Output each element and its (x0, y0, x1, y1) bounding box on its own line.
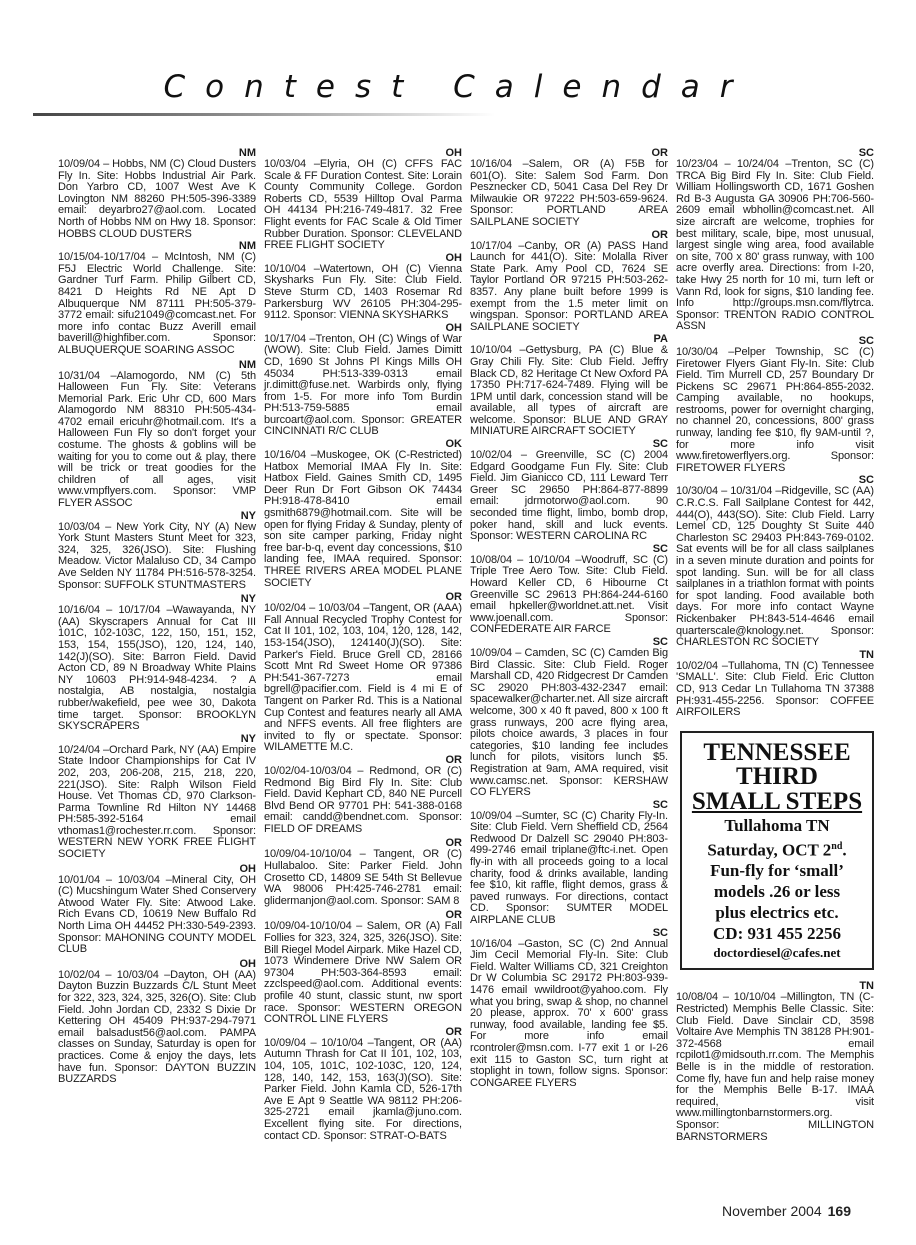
calendar-entry: OR10/02/04-10/03/04 – Redmond, OR (C) Re… (264, 754, 462, 836)
calendar-entry: OR10/09/04 – 10/10/04 –Tangent, OR (AA) … (264, 1026, 462, 1142)
entry-text: 10/08/04 – 10/10/04 –Millington, TN (C-R… (676, 992, 874, 1143)
entry-text: 10/16/04 –Salem, OR (A) F5B for 601(O). … (470, 159, 668, 229)
column-3: OR10/16/04 –Salem, OR (A) F5B for 601(O)… (470, 147, 668, 1089)
entry-text: 10/09/04 –Sumter, SC (C) Charity Fly-In.… (470, 811, 668, 927)
calendar-entry: OR10/17/04 –Canby, OR (A) PASS Hand Laun… (470, 229, 668, 334)
entry-text: 10/15/04-10/17/04 – McIntosh, NM (C) F5J… (58, 252, 256, 356)
calendar-entry: OR10/09/04-10/10/04 – Salem, OR (A) Fall… (264, 909, 462, 1025)
entry-text: 10/16/04 –Muskogee, OK (C-Restricted) Ha… (264, 450, 462, 589)
entry-text: 10/16/04 –Gaston, SC (C) 2nd Annual Jim … (470, 939, 668, 1090)
calendar-entry: SC10/09/04 – Camden, SC (C) Camden Big B… (470, 636, 668, 799)
entry-text: 10/09/04 – 10/10/04 –Tangent, OR (AA) Au… (264, 1038, 462, 1142)
state-label: OH (264, 252, 462, 264)
entry-text: 10/17/04 –Trenton, OH (C) Wings of War (… (264, 334, 462, 438)
state-label: NY (58, 733, 256, 745)
state-label: OH (264, 322, 462, 334)
calendar-entry: OR10/02/04 – 10/03/04 –Tangent, OR (AAA)… (264, 591, 462, 754)
entry-text: 10/02/04-10/03/04 – Redmond, OR (C) Redm… (264, 766, 462, 836)
entry-text: 10/09/04 – Hobbs, NM (C) Cloud Dusters F… (58, 159, 256, 240)
calendar-entry: OH10/01/04 – 10/03/04 –Mineral City, OH … (58, 863, 256, 956)
page-number: 169 (828, 1203, 851, 1219)
column-1: NM10/09/04 – Hobbs, NM (C) Cloud Dusters… (58, 147, 256, 1086)
calendar-entry: OR10/16/04 –Salem, OR (A) F5B for 601(O)… (470, 147, 668, 229)
entry-text: 10/10/04 –Gettysburg, PA (C) Blue & Gray… (470, 345, 668, 438)
entry-text: 10/09/04-10/10/04 – Tangent, OR (C) Hull… (264, 849, 462, 907)
issue-date: November 2004 (722, 1203, 822, 1219)
state-label: SC (470, 927, 668, 939)
state-label: NM (58, 359, 256, 371)
calendar-entry: SC10/09/04 –Sumter, SC (C) Charity Fly-I… (470, 799, 668, 927)
tennessee-small-steps-ad: TENNESSEE THIRD SMALL STEPS Tullahoma TN… (680, 731, 874, 971)
ad-headline: TENNESSEE (686, 741, 868, 765)
calendar-entry: NY10/03/04 – New York City, NY (A) New Y… (58, 510, 256, 592)
calendar-entry: NM10/09/04 – Hobbs, NM (C) Cloud Dusters… (58, 147, 256, 240)
entry-text: 10/01/04 – 10/03/04 –Mineral City, OH (C… (58, 875, 256, 956)
calendar-entry: OH10/03/04 –Elyria, OH (C) CFFS FAC Scal… (264, 147, 462, 252)
calendar-entry: SC10/02/04 – Greenville, SC (C) 2004 Edg… (470, 438, 668, 543)
column-4: SC10/23/04 – 10/24/04 –Trenton, SC (C) T… (676, 147, 874, 1143)
entry-text: 10/02/04 – 10/03/04 –Dayton, OH (AA) Day… (58, 970, 256, 1086)
page-title: Contest Calendar (0, 69, 916, 105)
ad-date: Saturday, OCT 2nd. (686, 836, 868, 861)
calendar-entry: OR10/09/04-10/10/04 – Tangent, OR (C) Hu… (264, 837, 462, 907)
calendar-entry: NM10/31/04 –Alamogordo, NM (C) 5th Hallo… (58, 359, 256, 510)
entry-text: 10/30/04 – 10/31/04 –Ridgeville, SC (AA)… (676, 486, 874, 648)
column-2: OH10/03/04 –Elyria, OH (C) CFFS FAC Scal… (264, 147, 462, 1142)
calendar-entry: SC10/23/04 – 10/24/04 –Trenton, SC (C) T… (676, 147, 874, 333)
entry-text: 10/31/04 –Alamogordo, NM (C) 5th Hallowe… (58, 371, 256, 510)
entry-text: 10/24/04 –Orchard Park, NY (AA) Empire S… (58, 745, 256, 861)
state-label: NY (58, 510, 256, 522)
entry-text: 10/02/04 –Tullahoma, TN (C) Tennessee 'S… (676, 661, 874, 719)
state-label: OH (58, 863, 256, 875)
calendar-entry: TN10/08/04 – 10/10/04 –Millington, TN (C… (676, 980, 874, 1143)
calendar-entry: TN10/02/04 –Tullahoma, TN (C) Tennessee … (676, 649, 874, 719)
entry-text: 10/30/04 –Pelper Township, SC (C) Fireto… (676, 347, 874, 475)
entry-text: 10/03/04 –Elyria, OH (C) CFFS FAC Scale … (264, 159, 462, 252)
calendar-entry: PA10/10/04 –Gettysburg, PA (C) Blue & Gr… (470, 333, 668, 438)
calendar-entry: OK10/16/04 –Muskogee, OK (C-Restricted) … (264, 438, 462, 589)
entry-text: 10/23/04 – 10/24/04 –Trenton, SC (C) TRC… (676, 159, 874, 333)
calendar-entry: SC10/30/04 –Pelper Township, SC (C) Fire… (676, 335, 874, 475)
calendar-entry: SC10/16/04 –Gaston, SC (C) 2nd Annual Ji… (470, 927, 668, 1090)
title-divider (33, 113, 495, 116)
calendar-entry: NY10/24/04 –Orchard Park, NY (AA) Empire… (58, 733, 256, 861)
entry-text: 10/09/04-10/10/04 – Salem, OR (A) Fall F… (264, 921, 462, 1025)
entry-text: 10/10/04 –Watertown, OH (C) Vienna Skysh… (264, 264, 462, 322)
entry-text: 10/08/04 – 10/10/04 –Woodruff, SC (C) Tr… (470, 555, 668, 636)
ad-location: Tullahoma TN (686, 815, 868, 836)
calendar-entry: SC10/30/04 – 10/31/04 –Ridgeville, SC (A… (676, 474, 874, 648)
state-label: SC (470, 799, 668, 811)
entry-text: 10/03/04 – New York City, NY (A) New Yor… (58, 522, 256, 592)
ad-headline: SMALL STEPS (686, 789, 868, 815)
ad-headline: THIRD (686, 765, 868, 789)
calendar-entry: SC10/08/04 – 10/10/04 –Woodruff, SC (C) … (470, 543, 668, 636)
calendar-entry: OH10/02/04 – 10/03/04 –Dayton, OH (AA) D… (58, 958, 256, 1086)
calendar-entry: OH10/17/04 –Trenton, OH (C) Wings of War… (264, 322, 462, 438)
state-label: OR (264, 1026, 462, 1038)
page-footer: November 2004169 (722, 1203, 851, 1219)
calendar-entry: OH10/10/04 –Watertown, OH (C) Vienna Sky… (264, 252, 462, 322)
calendar-entry: NM10/15/04-10/17/04 – McIntosh, NM (C) F… (58, 240, 256, 356)
entry-text: 10/02/04 – 10/03/04 –Tangent, OR (AAA) F… (264, 603, 462, 754)
ad-text: plus electrics etc. (686, 902, 868, 923)
state-label: TN (676, 649, 874, 661)
calendar-columns: NM10/09/04 – Hobbs, NM (C) Cloud Dusters… (58, 147, 878, 1187)
state-label: SC (470, 543, 668, 555)
calendar-entry: NY10/16/04 – 10/17/04 –Wawayanda, NY (AA… (58, 593, 256, 733)
ad-text: Fun-fly for ‘small’ (686, 860, 868, 881)
entry-text: 10/17/04 –Canby, OR (A) PASS Hand Launch… (470, 241, 668, 334)
entry-text: 10/09/04 – Camden, SC (C) Camden Big Bir… (470, 648, 668, 799)
ad-phone: CD: 931 455 2256 (686, 923, 868, 944)
state-label: OR (470, 229, 668, 241)
entry-text: 10/02/04 – Greenville, SC (C) 2004 Edgar… (470, 450, 668, 543)
ad-text: models .26 or less (686, 881, 868, 902)
entry-text: 10/16/04 – 10/17/04 –Wawayanda, NY (AA) … (58, 605, 256, 733)
ad-email: doctordiesel@cafes.net (686, 944, 868, 962)
state-label: OH (58, 958, 256, 970)
